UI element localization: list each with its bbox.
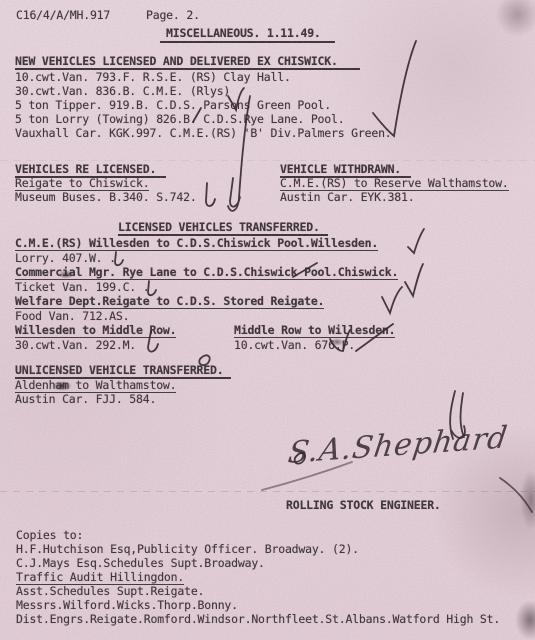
document-title: MISCELLANEOUS. 1.11.49.: [160, 26, 335, 43]
handwritten-signature: S.A.Shephard: [287, 429, 535, 461]
vehicle-line: 5 ton Lorry (Towing) 826.B. C.D.S.Rye La…: [15, 112, 344, 126]
scan-fold-line: [0, 160, 535, 161]
ink-smudge: [520, 470, 535, 530]
transfer-route-right: Middle Row to Willesden.: [234, 323, 395, 338]
transfer-route: C.M.E.(RS) Willesden to C.D.S.Chiswick P…: [15, 236, 378, 251]
copies-item: Asst.Schedules Supt.Reigate.: [16, 584, 204, 598]
scanned-document-page: C16/4/A/MH.917 Page. 2. MISCELLANEOUS. 1…: [0, 0, 535, 640]
vehicle-line: Vauxhall Car. KGK.997. C.M.E.(RS) 'B' Di…: [15, 126, 392, 140]
vehicle-line: Austin Car. FJJ. 584.: [15, 392, 156, 406]
transfer-route-left: Willesden to Middle Row.: [15, 323, 176, 338]
transfer-route: Welfare Dept.Reigate to C.D.S. Stored Re…: [15, 294, 324, 309]
route-re-licensed: Reigate to Chiswick.: [15, 176, 149, 191]
transfer-vehicle-right: 10.cwt.Van. 676.P.: [234, 338, 355, 352]
copies-item: Dist.Engrs.Reigate.Romford.Windsor.North…: [16, 612, 500, 626]
vehicle-line: Austin Car. EYK.381.: [280, 190, 414, 204]
vehicle-line: 5 ton Tipper. 919.B. C.D.S. Parsons Gree…: [15, 98, 331, 112]
transfer-vehicle: Ticket Van. 199.C. .: [15, 280, 149, 294]
transfer-vehicle: Food Van. 712.AS.: [15, 309, 129, 323]
ink-smudge: [515, 600, 535, 640]
section-heading-new-vehicles: NEW VEHICLES LICENSED AND DELIVERED EX C…: [15, 54, 360, 70]
vehicle-line: 30.cwt.Van. 836.B. C.M.E. (Rlys): [15, 84, 230, 98]
vehicle-line: Museum Buses. B.340. S.742.: [15, 190, 197, 204]
transfer-vehicle-left: 30.cwt.Van. 292.M.: [15, 338, 136, 352]
signatory-title: ROLLING STOCK ENGINEER.: [286, 498, 441, 512]
copies-label: Copies to:: [16, 528, 83, 542]
copies-item: Messrs.Wilford.Wicks.Thorp.Bonny.: [16, 598, 238, 612]
copies-item: H.F.Hutchison Esq,Publicity Officer. Bro…: [16, 542, 359, 556]
copies-item: C.J.Mays Esq.Schedules Supt.Broadway.: [16, 556, 265, 570]
transfer-vehicle: Lorry. 407.W. .: [15, 251, 116, 265]
route-unlicensed: Aldenham to Walthamstow.: [15, 378, 176, 393]
scan-fold-line: [0, 491, 535, 492]
paper-stain: [495, 0, 535, 37]
copies-item: Traffic Audit Hillingdon.: [16, 570, 184, 585]
section-heading-licensed-transferred: LICENSED VEHICLES TRANSFERRED.: [118, 220, 328, 236]
document-ref: C16/4/A/MH.917: [16, 8, 110, 22]
route-withdrawn: C.M.E.(RS) to Reserve Walthamstow.: [280, 176, 509, 191]
page-number: Page. 2.: [146, 8, 200, 22]
transfer-route: Commercial Mgr. Rye Lane to C.D.S.Chiswi…: [15, 265, 398, 280]
section-heading-unlicensed-transferred: UNLICENSED VEHICLE TRANSFERRED.: [15, 363, 231, 379]
vehicle-line: 10.cwt.Van. 793.F. R.S.E. (RS) Clay Hall…: [15, 70, 291, 84]
